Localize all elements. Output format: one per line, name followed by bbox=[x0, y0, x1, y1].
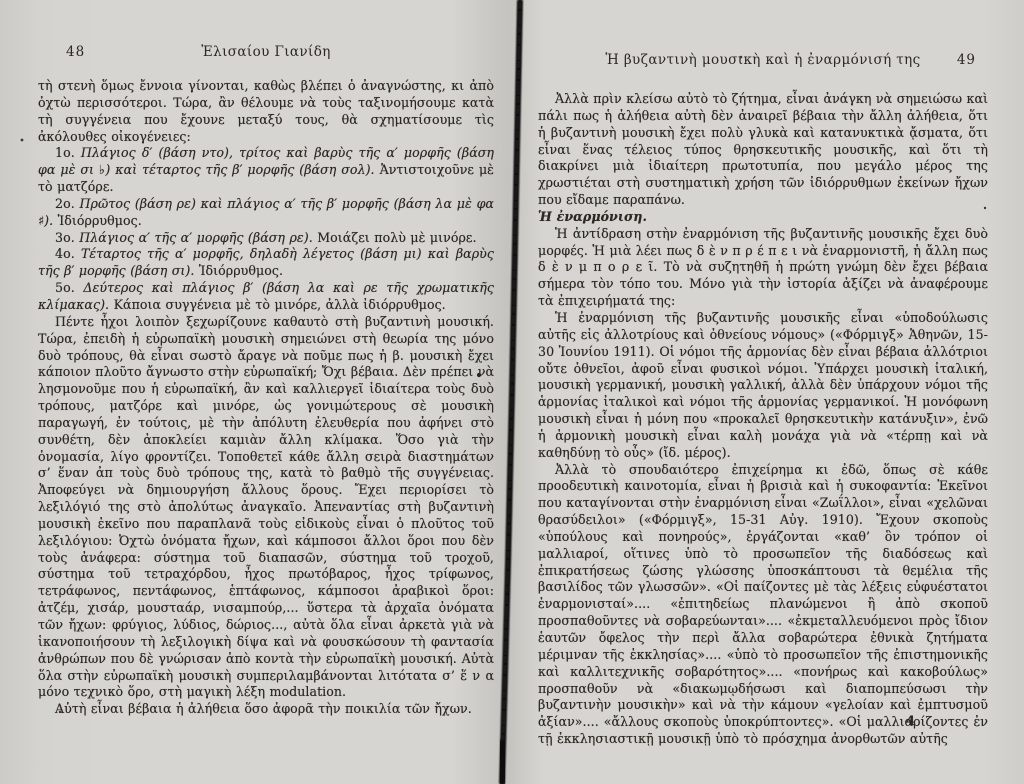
paragraph: Αὐτὴ εἶναι βέβαια ἡ ἀλήθεια ὅσο ἀφορᾶ τὴ… bbox=[38, 701, 494, 718]
paragraph: Ἡ ἐναρμόνιση τῆς βυζαντινῆς μουσικῆς εἶν… bbox=[538, 310, 988, 462]
left-page: 48 Ἐλισαίου Γιανίδη τὴ στενὴ ὅμως ἔννοια… bbox=[38, 44, 494, 718]
left-running-header: Ἐλισαίου Γιανίδη bbox=[38, 44, 494, 60]
list-item-note: Κάποια συγγένεια μὲ τὸ μινόρε, ἀλλὰ ἰδιό… bbox=[114, 297, 446, 312]
left-page-number: 48 bbox=[66, 44, 85, 60]
left-page-body: τὴ στενὴ ὅμως ἔννοια γίνονται, καθὼς βλέ… bbox=[38, 78, 494, 718]
signature-mark: 4 bbox=[906, 714, 915, 729]
list-item-number: 3ο. bbox=[55, 230, 75, 245]
section-heading: Ἡ ἐναρμόνιση. bbox=[538, 209, 988, 226]
right-running-header: Ἡ βυζαντινὴ μουσικὴ καὶ ἡ ἐναρμόνισή της bbox=[538, 52, 988, 68]
list-item-number: 1ο. bbox=[55, 145, 75, 160]
paragraph: Πέντε ἦχοι λοιπὸν ξεχωρίζουνε καθαυτὸ στ… bbox=[38, 314, 494, 701]
paragraph: Ἡ ἀντίδραση στὴν ἐναρμόνιση τῆς βυζαντιν… bbox=[538, 226, 988, 310]
list-item-note: Μοιάζει πολὺ μὲ μινόρε. bbox=[317, 230, 476, 245]
list-item-mode-name: Πλάγιος α′ τῆς α′ μορφῆς (βάση ρε). bbox=[79, 230, 313, 245]
list-item: 1ο. Πλάγιος δ′ (βάση ντο), τρίτος καὶ βα… bbox=[38, 145, 494, 196]
list-item: 4ο. Τέταρτος τῆς α′ μορφῆς, δηλαδὴ λέγετ… bbox=[38, 246, 494, 280]
list-item: 5ο. Δεύτερος καὶ πλάγιος β′ (βάση λα καὶ… bbox=[38, 280, 494, 314]
left-page-header: 48 Ἐλισαίου Γιανίδη bbox=[38, 44, 494, 62]
list-item: 3ο. Πλάγιος α′ τῆς α′ μορφῆς (βάση ρε). … bbox=[38, 230, 494, 247]
list-item-number: 5ο. bbox=[55, 280, 75, 295]
right-page: Ἡ βυζαντινὴ μουσικὴ καὶ ἡ ἐναρμόνισή της… bbox=[538, 52, 988, 748]
list-item: 2ο. Πρῶτος (βάση ρε) καὶ πλάγιος α′ τῆς … bbox=[38, 196, 494, 230]
list-item-note: Ἰδιόρρυθμος. bbox=[199, 263, 283, 278]
paragraph: τὴ στενὴ ὅμως ἔννοια γίνονται, καθὼς βλέ… bbox=[38, 78, 494, 145]
book-scan: 48 Ἐλισαίου Γιανίδη τὴ στενὴ ὅμως ἔννοια… bbox=[0, 0, 1024, 784]
right-page-body: Ἀλλὰ πρὶν κλείσω αὐτὸ τὸ ζήτημα, εἶναι ἀ… bbox=[538, 91, 988, 748]
right-page-number: 49 bbox=[957, 52, 976, 68]
right-page-header: Ἡ βυζαντινὴ μουσικὴ καὶ ἡ ἐναρμόνισή της… bbox=[538, 52, 988, 70]
list-item-number: 4ο. bbox=[55, 246, 75, 261]
list-item-number: 2ο. bbox=[55, 196, 75, 211]
paragraph: Ἀλλὰ πρὶν κλείσω αὐτὸ τὸ ζήτημα, εἶναι ἀ… bbox=[538, 91, 988, 209]
list-item-note: Ἰδιόρρυθμος. bbox=[58, 213, 142, 228]
paragraph: Ἀλλὰ τὸ σπουδαιότερο ἐπιχείρημα κι ἐδῶ, … bbox=[538, 462, 988, 748]
